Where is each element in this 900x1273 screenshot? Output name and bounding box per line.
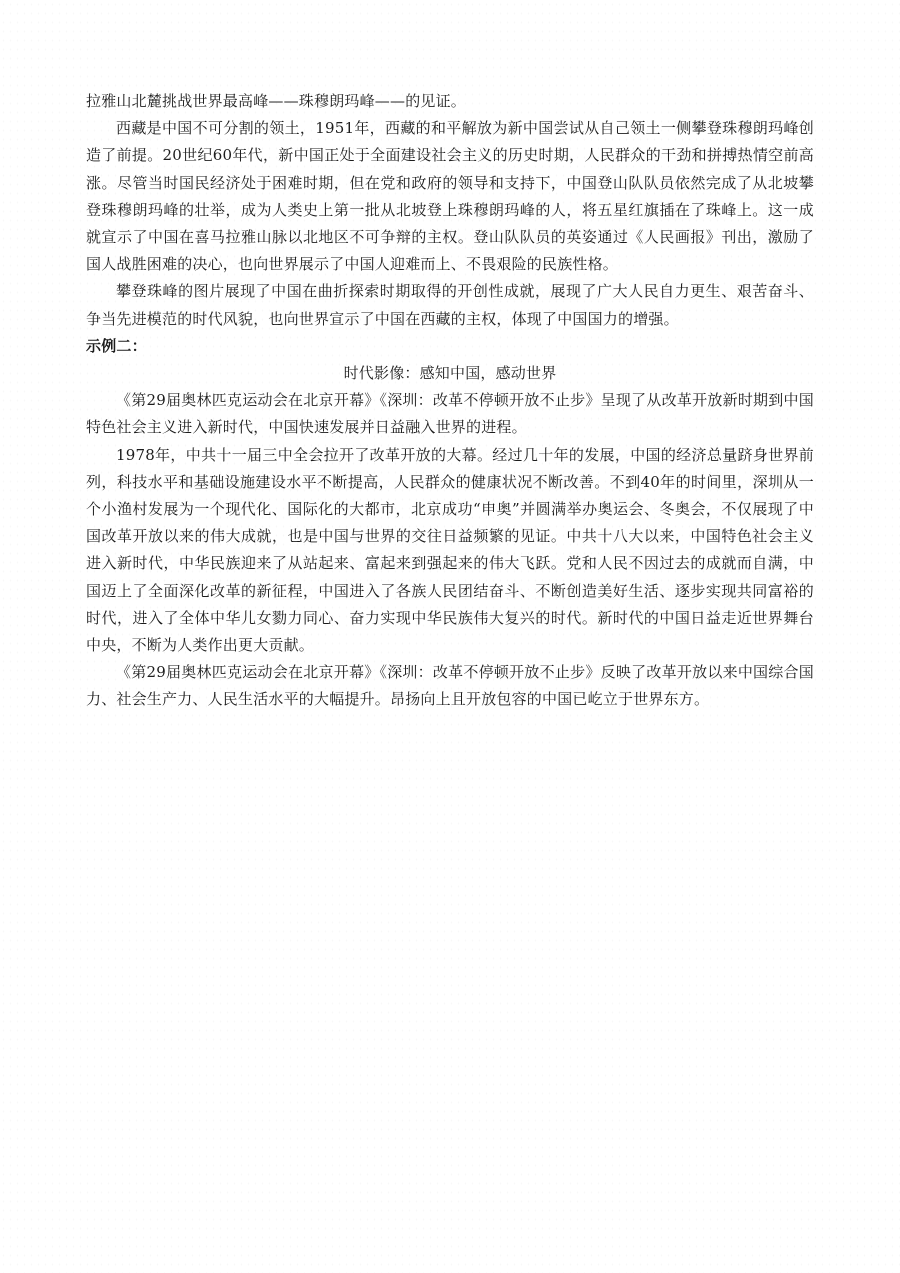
- section-heading-example-two: 示例二：: [86, 333, 814, 360]
- paragraph-tibet-sovereignty: 西藏是中国不可分割的领土，1951年，西藏的和平解放为新中国尝试从自己领土一侧攀…: [86, 115, 814, 278]
- paragraph-reform-details: 1978年，中共十一届三中全会拉开了改革开放的大幕。经过几十年的发展，中国的经济…: [86, 442, 814, 660]
- paragraph-continuation: 拉雅山北麓挑战世界最高峰——珠穆朗玛峰——的见证。: [86, 88, 814, 115]
- paragraph-everest-summary: 攀登珠峰的图片展现了中国在曲折探索时期取得的开创性成就，展现了广大人民自力更生、…: [86, 278, 814, 332]
- paragraph-conclusion: 《第29届奥林匹克运动会在北京开幕》《深圳：改革不停顿开放不止步》反映了改革开放…: [86, 659, 814, 713]
- essay-title: 时代影像：感知中国，感动世界: [86, 360, 814, 387]
- document-page: 拉雅山北麓挑战世界最高峰——珠穆朗玛峰——的见证。 西藏是中国不可分割的领土，1…: [86, 88, 814, 714]
- paragraph-intro-reform: 《第29届奥林匹克运动会在北京开幕》《深圳：改革不停顿开放不止步》呈现了从改革开…: [86, 387, 814, 441]
